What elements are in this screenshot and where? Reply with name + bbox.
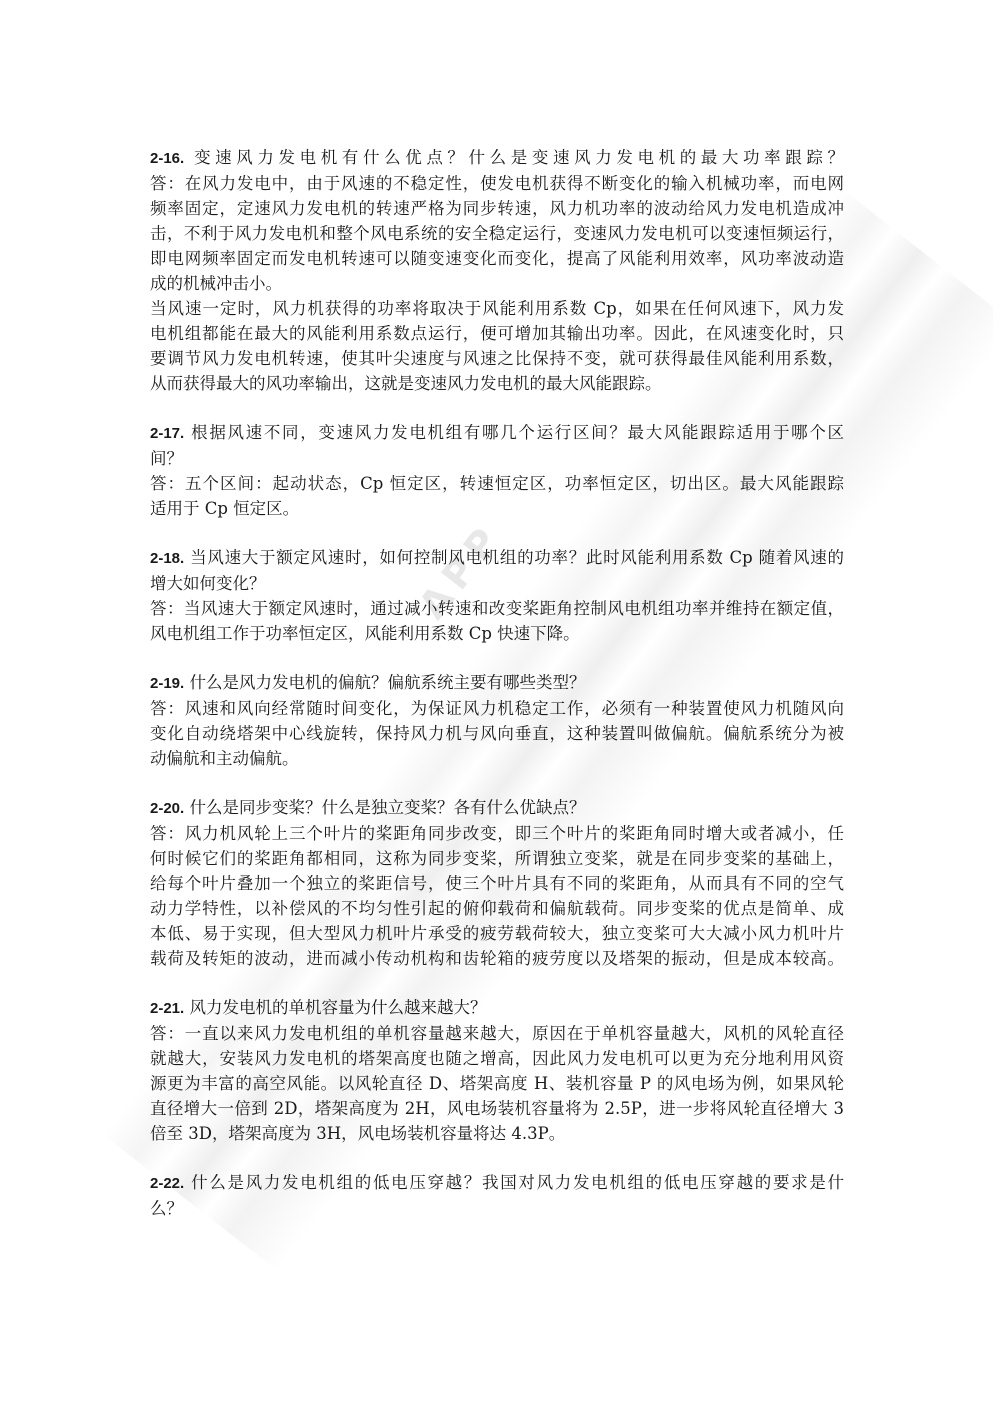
qa-item-2-21: 2-21. 风力发电机的单机容量为什么越来越大？ 答：一直以来风力发电机组的单机… xyxy=(150,995,844,1146)
question-number: 2-19. xyxy=(150,675,184,692)
answer-line: 适用于 Cp 恒定区。 xyxy=(150,496,844,521)
question-line: 2-18. 当风速大于额定风速时，如何控制风电机组的功率？此时风能利用系数 Cp… xyxy=(150,545,844,571)
answer-line: 动偏航和主动偏航。 xyxy=(150,746,844,771)
question-number: 2-16. xyxy=(150,150,184,167)
question-text: 根据风速不同，变速风力发电机组有哪几个运行区间？最大风能跟踪适用于哪个区 xyxy=(191,423,844,442)
question-line: 么？ xyxy=(150,1196,844,1221)
answer-line: 即电网频率固定而发电机转速可以随变速变化而变化，提高了风能利用效率，风功率波动造 xyxy=(150,246,844,271)
answer-line: 从而获得最大的风功率输出，这就是变速风力发电机的最大风能跟踪。 xyxy=(150,371,844,396)
document-page: 2-16. 变速风力发电机有什么优点？什么是变速风力发电机的最大功率跟踪？ 答：… xyxy=(150,145,844,1245)
qa-item-2-19: 2-19. 什么是风力发电机的偏航？偏航系统主要有哪些类型？ 答：风速和风向经常… xyxy=(150,670,844,771)
answer-line: 本低、易于实现，但大型风力机叶片承受的疲劳载荷较大，独立变桨可大大减小风力机叶片 xyxy=(150,921,844,946)
answer-line: 答：在风力发电中，由于风速的不稳定性，使发电机获得不断变化的输入机械功率，而电网 xyxy=(150,171,844,196)
answer-line: 载荷及转矩的波动，进而减小传动机构和齿轮箱的疲劳度以及塔架的振动，但是成本较高。 xyxy=(150,946,844,971)
qa-item-2-16: 2-16. 变速风力发电机有什么优点？什么是变速风力发电机的最大功率跟踪？ 答：… xyxy=(150,145,844,396)
question-text: 风力发电机的单机容量为什么越来越大？ xyxy=(189,998,486,1017)
question-text: 什么是风力发电机组的低电压穿越？我国对风力发电机组的低电压穿越的要求是什 xyxy=(191,1173,844,1192)
question-line: 间？ xyxy=(150,446,844,471)
question-line: 2-22. 什么是风力发电机组的低电压穿越？我国对风力发电机组的低电压穿越的要求… xyxy=(150,1170,844,1196)
question-line: 2-20. 什么是同步变桨？什么是独立变桨？各有什么优缺点？ xyxy=(150,795,844,821)
answer-line: 答：风力机风轮上三个叶片的桨距角同步改变，即三个叶片的桨距角同时增大或者减小，任 xyxy=(150,821,844,846)
question-text: 当风速大于额定风速时，如何控制风电机组的功率？此时风能利用系数 Cp 随着风速的 xyxy=(190,548,844,567)
question-line: 2-16. 变速风力发电机有什么优点？什么是变速风力发电机的最大功率跟踪？ xyxy=(150,145,844,171)
qa-item-2-20: 2-20. 什么是同步变桨？什么是独立变桨？各有什么优缺点？ 答：风力机风轮上三… xyxy=(150,795,844,971)
question-text: 什么是风力发电机的偏航？偏航系统主要有哪些类型？ xyxy=(189,673,585,692)
answer-line: 答：一直以来风力发电机组的单机容量越来越大，原因在于单机容量越大，风机的风轮直径 xyxy=(150,1021,844,1046)
answer-line: 源更为丰富的高空风能。以风轮直径 D、塔架高度 H、装机容量 P 的风电场为例，… xyxy=(150,1071,844,1096)
answer-line: 给每个叶片叠加一个独立的桨距信号，使三个叶片具有不同的桨距角，从而具有不同的空气 xyxy=(150,871,844,896)
qa-item-2-22: 2-22. 什么是风力发电机组的低电压穿越？我国对风力发电机组的低电压穿越的要求… xyxy=(150,1170,844,1221)
answer-line: 动力学特性，以补偿风的不均匀性引起的俯仰载荷和偏航载荷。同步变桨的优点是简单、成 xyxy=(150,896,844,921)
answer-line: 答：五个区间：起动状态，Cp 恒定区，转速恒定区，功率恒定区，切出区。最大风能跟… xyxy=(150,471,844,496)
question-line: 2-17. 根据风速不同，变速风力发电机组有哪几个运行区间？最大风能跟踪适用于哪… xyxy=(150,420,844,446)
question-text: 什么是同步变桨？什么是独立变桨？各有什么优缺点？ xyxy=(189,798,585,817)
answer-line: 当风速一定时，风力机获得的功率将取决于风能利用系数 Cp，如果在任何风速下，风力… xyxy=(150,296,844,321)
answer-line: 答：风速和风向经常随时间变化，为保证风力机稳定工作，必须有一种装置使风力机随风向 xyxy=(150,696,844,721)
answer-line: 电机组都能在最大的风能利用系数点运行，便可增加其输出功率。因此，在风速变化时，只 xyxy=(150,321,844,346)
question-text: 变速风力发电机有什么优点？什么是变速风力发电机的最大功率跟踪？ xyxy=(194,148,844,167)
answer-line: 答：当风速大于额定风速时，通过减小转速和改变桨距角控制风电机组功率并维持在额定值… xyxy=(150,596,844,621)
question-line: 2-19. 什么是风力发电机的偏航？偏航系统主要有哪些类型？ xyxy=(150,670,844,696)
question-number: 2-21. xyxy=(150,1000,184,1017)
question-number: 2-20. xyxy=(150,800,184,817)
answer-line: 倍至 3D，塔架高度为 3H，风电场装机容量将达 4.3P。 xyxy=(150,1121,844,1146)
qa-item-2-17: 2-17. 根据风速不同，变速风力发电机组有哪几个运行区间？最大风能跟踪适用于哪… xyxy=(150,420,844,521)
answer-line: 成的机械冲击小。 xyxy=(150,271,844,296)
answer-line: 何时候它们的桨距角都相同，这称为同步变桨，所谓独立变桨，就是在同步变桨的基础上， xyxy=(150,846,844,871)
question-number: 2-17. xyxy=(150,425,184,442)
answer-line: 击，不利于风力发电机和整个风电系统的安全稳定运行，变速风力发电机可以变速恒频运行… xyxy=(150,221,844,246)
answer-line: 就越大，安装风力发电机的塔架高度也随之增高，因此风力发电机可以更为充分地利用风资 xyxy=(150,1046,844,1071)
answer-line: 频率固定，定速风力发电机的转速严格为同步转速，风力机功率的波动给风力发电机造成冲 xyxy=(150,196,844,221)
question-number: 2-22. xyxy=(150,1175,184,1192)
question-number: 2-18. xyxy=(150,550,184,567)
answer-line: 变化自动绕塔架中心线旋转，保持风力机与风向垂直，这种装置叫做偏航。偏航系统分为被 xyxy=(150,721,844,746)
answer-line: 风电机组工作于功率恒定区，风能利用系数 Cp 快速下降。 xyxy=(150,621,844,646)
question-line: 增大如何变化？ xyxy=(150,571,844,596)
qa-item-2-18: 2-18. 当风速大于额定风速时，如何控制风电机组的功率？此时风能利用系数 Cp… xyxy=(150,545,844,646)
answer-line: 要调节风力发电机转速，使其叶尖速度与风速之比保持不变，就可获得最佳风能利用系数， xyxy=(150,346,844,371)
question-line: 2-21. 风力发电机的单机容量为什么越来越大？ xyxy=(150,995,844,1021)
answer-line: 直径增大一倍到 2D，塔架高度为 2H，风电场装机容量将为 2.5P，进一步将风… xyxy=(150,1096,844,1121)
